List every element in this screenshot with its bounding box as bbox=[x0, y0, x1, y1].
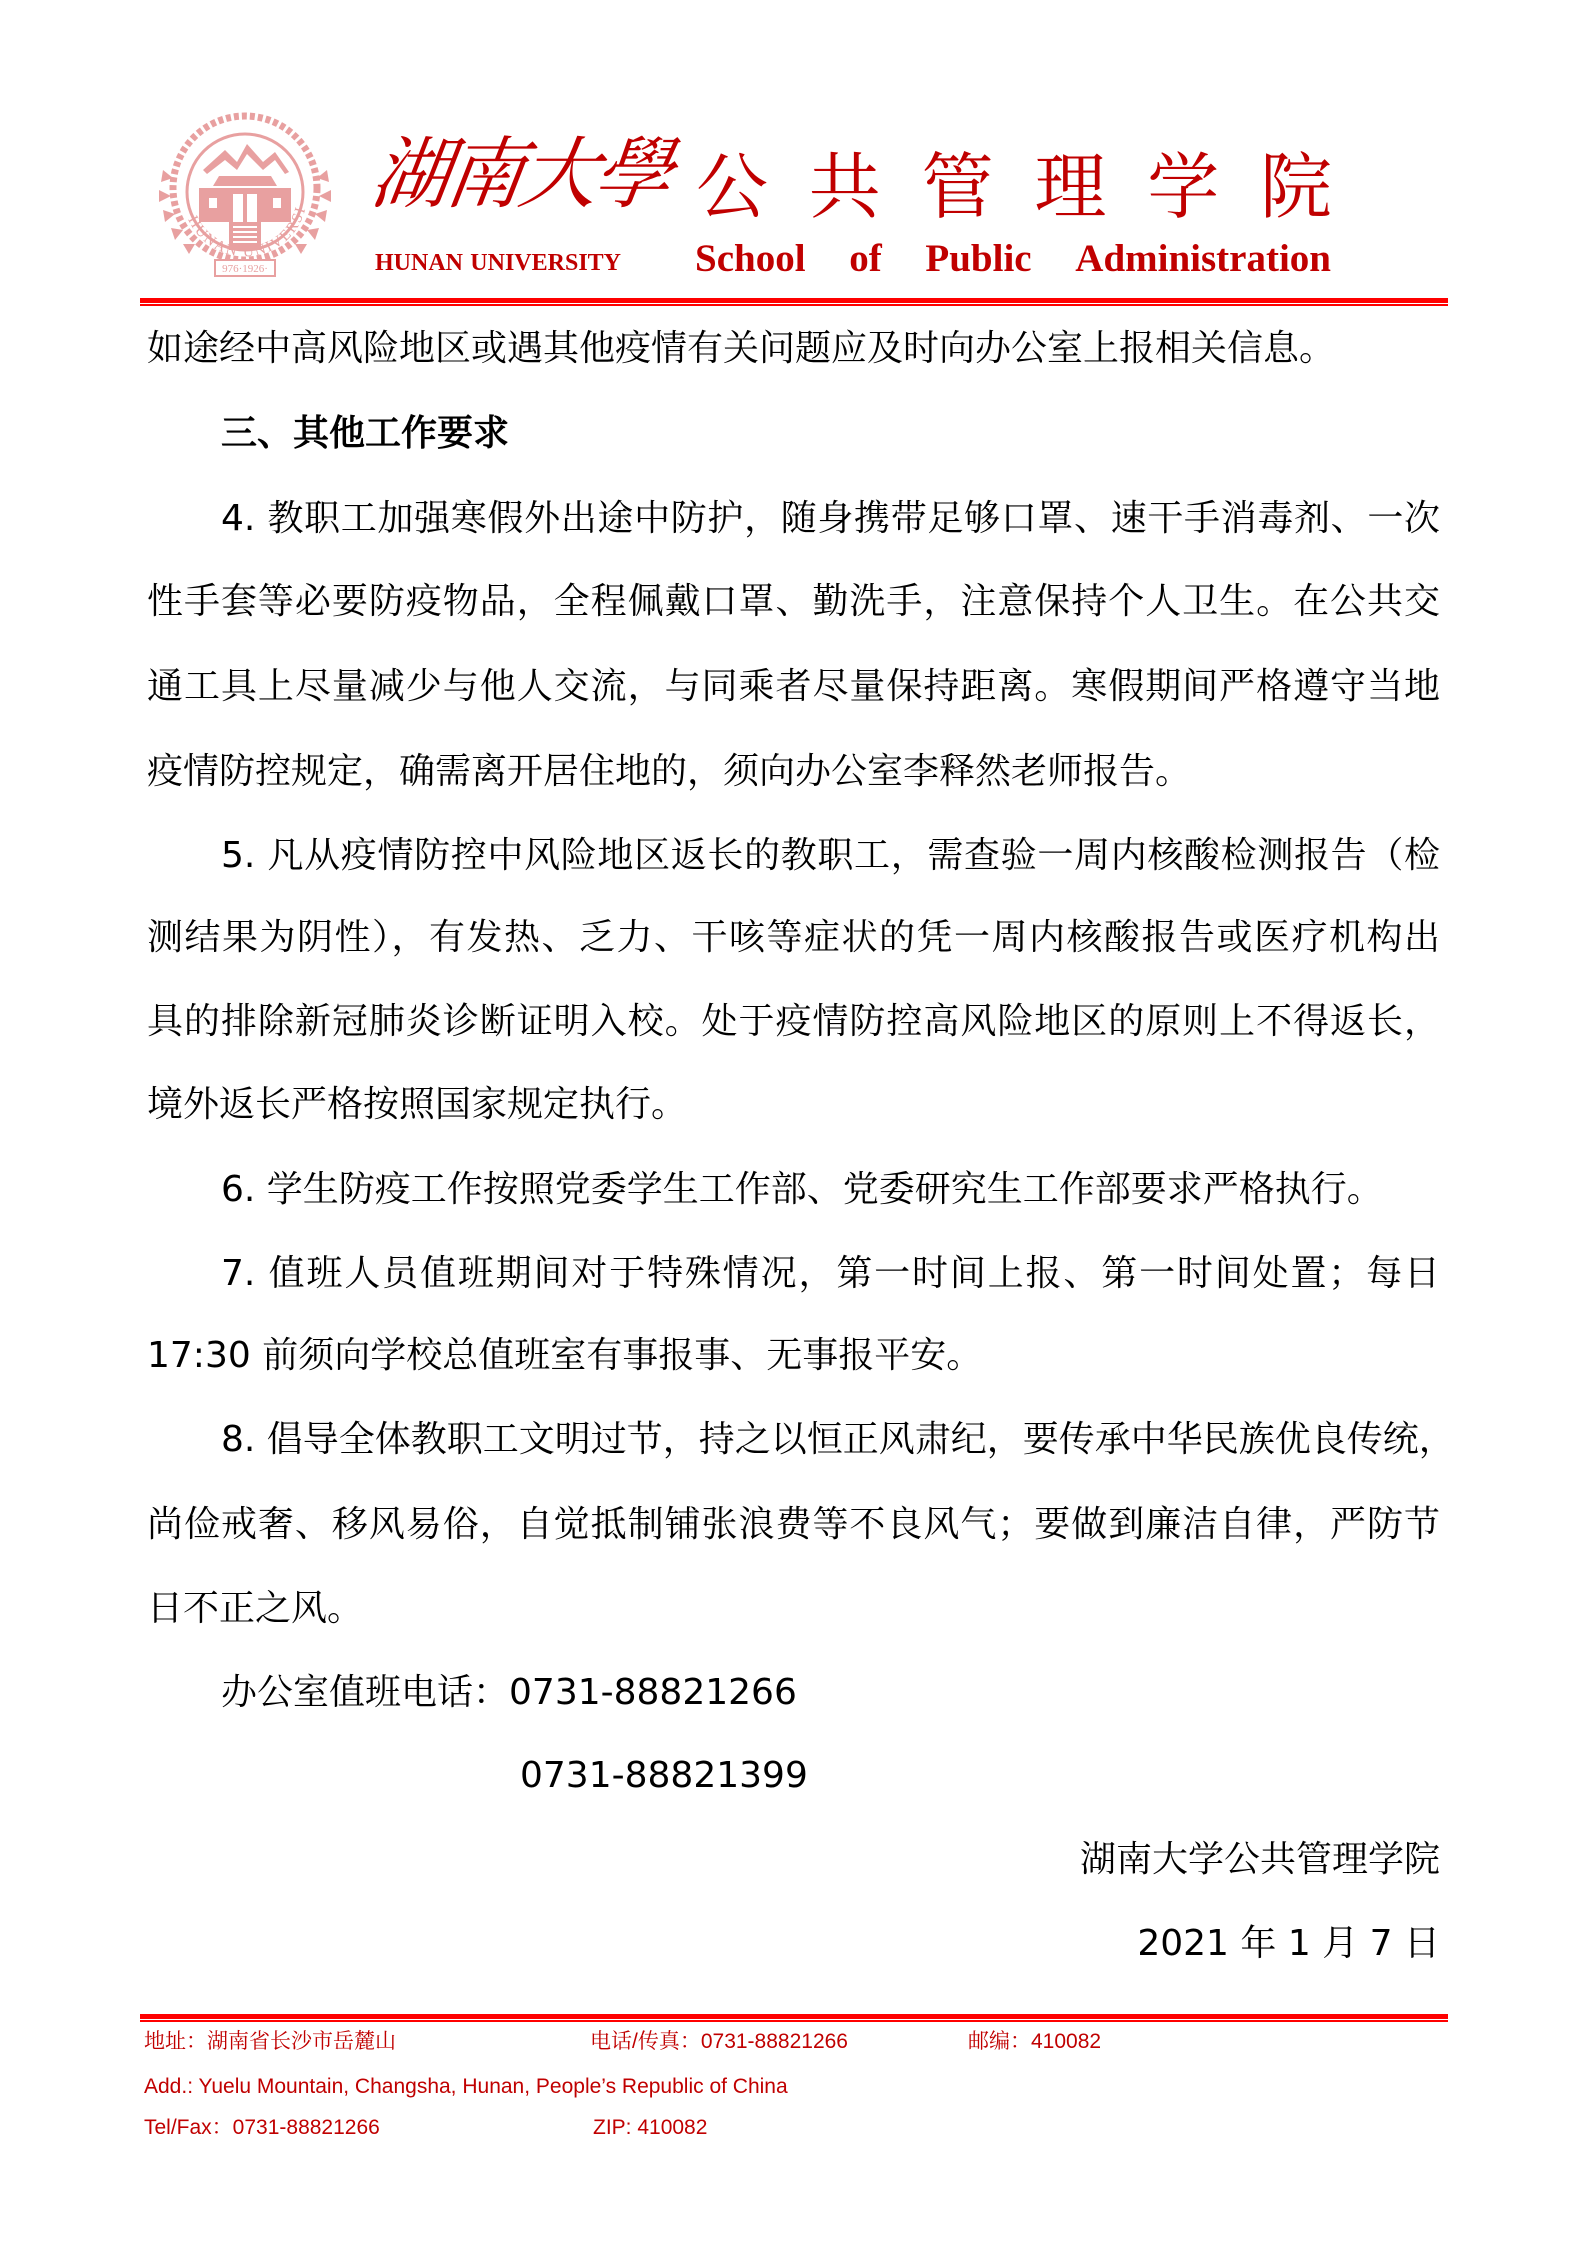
paragraph-4-line: 通工具上尽量减少与他人交流，与同乘者尽量保持距离。寒假期间严格遵守当地 bbox=[147, 663, 1440, 711]
title-char: 理 bbox=[1034, 142, 1106, 232]
title-word: Administration bbox=[1075, 236, 1331, 282]
university-calligraphy: 湖南大學 bbox=[365, 128, 648, 223]
footer-divider-thick bbox=[140, 2014, 1448, 2019]
duty-phone-label: 办公室值班电话： bbox=[221, 1672, 509, 1713]
paragraph-5-line: 5. 凡从疫情防控中风险地区返长的教职工，需查验一周内核酸检测报告（检 bbox=[221, 832, 1440, 880]
paragraph-4-line: 性手套等必要防疫物品，全程佩戴口罩、勤洗手，注意保持个人卫生。在公共交 bbox=[147, 578, 1440, 626]
footer-divider-thin bbox=[140, 2020, 1448, 2022]
title-char: 管 bbox=[922, 142, 994, 232]
signature-organization: 湖南大学公共管理学院 bbox=[900, 1836, 1440, 1884]
paragraph-7-line: 17:30 前须向学校总值班室有事报事、无事报平安。 bbox=[147, 1332, 1440, 1380]
paragraph-7-line: 7. 值班人员值班期间对于特殊情况，第一时间上报、第一时间处置；每日 bbox=[221, 1250, 1440, 1298]
signature-date: 2021 年 1 月 7 日 bbox=[900, 1920, 1440, 1968]
footer-zip-en: ZIP: 410082 bbox=[593, 2114, 707, 2142]
section-heading: 三、其他工作要求 bbox=[221, 410, 1440, 458]
university-seal-logo: HUNAN UNIVERSITY 976·1926· bbox=[145, 110, 345, 285]
header-divider-thick bbox=[140, 298, 1448, 303]
title-word: of bbox=[849, 236, 882, 282]
header-divider-thin bbox=[140, 304, 1448, 306]
school-title-en: School of Public Administration bbox=[695, 236, 1331, 282]
footer-address-cn: 地址：湖南省长沙市岳麓山 bbox=[144, 2028, 396, 2056]
footer-address-en: Add.: Yuelu Mountain, Changsha, Hunan, P… bbox=[144, 2073, 788, 2101]
duty-phone-2: 0731-88821399 bbox=[520, 1752, 920, 1800]
duty-phone-row: 办公室值班电话：0731-88821266 bbox=[221, 1669, 1440, 1717]
title-char: 院 bbox=[1260, 142, 1332, 232]
title-word: Public bbox=[925, 236, 1031, 282]
title-char: 共 bbox=[809, 142, 881, 232]
paragraph-4-line: 疫情防控规定，确需离开居住地的，须向办公室李释然老师报告。 bbox=[147, 748, 1440, 796]
paragraph-5-line: 具的排除新冠肺炎诊断证明入校。处于疫情防控高风险地区的原则上不得返长， bbox=[147, 998, 1440, 1046]
paragraph-8-line: 8. 倡导全体教职工文明过节，持之以恒正风肃纪，要传承中华民族优良传统， bbox=[221, 1416, 1440, 1464]
paragraph-8-line: 日不正之风。 bbox=[147, 1585, 1440, 1633]
university-name-en: HUNAN UNIVERSITY bbox=[375, 248, 621, 278]
duty-phone-1: 0731-88821266 bbox=[509, 1672, 797, 1713]
seal-icon: HUNAN UNIVERSITY 976·1926· bbox=[145, 110, 345, 285]
footer-tel-fax-en: Tel/Fax：0731-88821266 bbox=[144, 2114, 380, 2142]
paragraph-8-line: 尚俭戒奢、移风易俗，自觉抵制铺张浪费等不良风气；要做到廉洁自律，严防节 bbox=[147, 1501, 1440, 1549]
svg-text:976·1926·: 976·1926· bbox=[222, 263, 268, 275]
paragraph-4-line: 4. 教职工加强寒假外出途中防护，随身携带足够口罩、速干手消毒剂、一次 bbox=[221, 495, 1440, 543]
title-word: School bbox=[695, 236, 806, 282]
title-char: 学 bbox=[1147, 142, 1219, 232]
footer-tel-fax-cn: 电话/传真：0731-88821266 bbox=[590, 2028, 848, 2056]
title-char: 公 bbox=[696, 142, 768, 232]
school-title-cn: 公 共 管 理 学 院 bbox=[696, 142, 1332, 232]
body-line: 如途经中高风险地区或遇其他疫情有关问题应及时向办公室上报相关信息。 bbox=[147, 325, 1440, 373]
footer-zip-cn: 邮编：410082 bbox=[968, 2028, 1101, 2056]
paragraph-5-line: 境外返长严格按照国家规定执行。 bbox=[147, 1081, 1440, 1129]
paragraph-5-line: 测结果为阴性），有发热、乏力、干咳等症状的凭一周内核酸报告或医疗机构出 bbox=[147, 914, 1440, 962]
paragraph-6-line: 6. 学生防疫工作按照党委学生工作部、党委研究生工作部要求严格执行。 bbox=[221, 1166, 1440, 1214]
